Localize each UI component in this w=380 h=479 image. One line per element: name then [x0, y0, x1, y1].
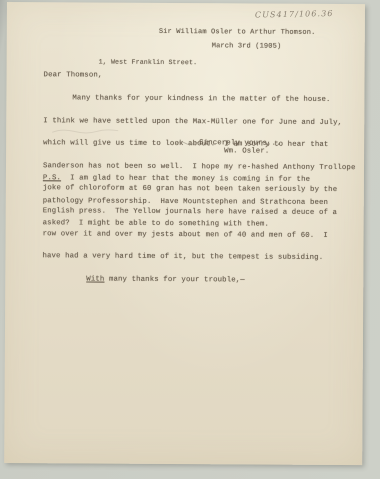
- thanks-line: With many thanks for your trouble,—: [42, 276, 364, 285]
- letter-date: March 3rd (1905): [212, 42, 282, 50]
- postscript-line: P.S. I am glad to hear that the money is…: [43, 175, 365, 184]
- catalog-reference-handwritten: CUS417/106.36: [255, 9, 334, 20]
- body-line: have had a very hard time of it, but the…: [42, 253, 364, 262]
- signature: Wm. Osler.: [224, 147, 269, 155]
- sender-address: 1, West Franklin Street.: [99, 59, 198, 67]
- postscript: P.S. I am glad to hear that the money is…: [43, 159, 366, 245]
- ps-label: P.S.: [43, 174, 61, 182]
- photo-backdrop: CUS417/106.36 Sir William Osler to Arthu…: [0, 0, 380, 479]
- body-line: Many thanks for your kindness in the mat…: [43, 95, 365, 104]
- letter-heading: Sir William Osler to Arthur Thomson.: [159, 28, 316, 37]
- closing: Sincerely yours,..: [199, 139, 281, 147]
- postscript-line: pathology Professorship. Have Mountsteph…: [43, 198, 365, 207]
- thanks-underlined-word: With: [86, 275, 104, 283]
- letter-page: CUS417/106.36 Sir William Osler to Arthu…: [4, 2, 365, 465]
- postscript-line: asked? I might be able to do something w…: [43, 220, 365, 229]
- thanks-rest: many thanks for your trouble,—: [104, 275, 244, 284]
- body-line: I think we have settled upon the Max-Mül…: [43, 118, 365, 127]
- ps-line1-text: I am glad to hear that the money is comi…: [61, 174, 310, 184]
